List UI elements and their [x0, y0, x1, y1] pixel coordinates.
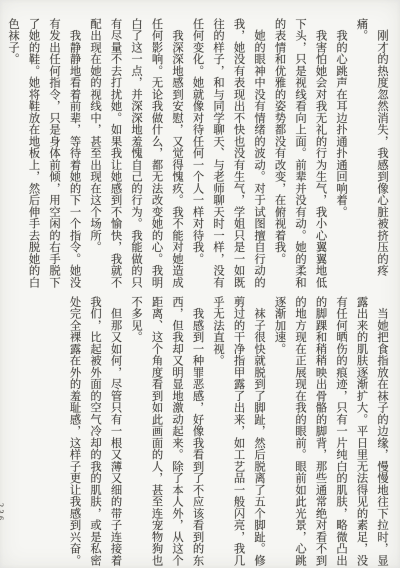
text-column: 下头，只是视线看向上面。前辈并没有动。她的柔和: [290, 18, 311, 290]
text-column: 往的样子，和与同学聊天、与老师聊天时一样，没有: [208, 18, 229, 290]
text-column: 刚才的热度忽然消失，我感到像心脏被挤压的疼痛。: [351, 18, 392, 290]
text-column: 当她把食指放在袜子的边缘，慢慢地往下拉时，显: [372, 296, 393, 568]
text-column: 我，她没有表现出不快也没有生气，学姐只是一如既: [228, 18, 249, 290]
text-column: 乎无法直视。: [208, 296, 229, 568]
text-column: 的表情和优雅的姿势都没有改变，在俯视着我。: [269, 18, 290, 290]
text-column: 她的眼神中没有情绪的波动。对于试图擅自行动的: [249, 18, 270, 290]
text-column: 距离、这个角度看到如此画面的人，甚至连宠物狗也: [146, 296, 167, 568]
text-column: 剪过的干净指甲露了出来，如工艺品一般闪亮，我几: [228, 296, 249, 568]
text-column: 白了这一点，并深深地羞愧自己的行为。我能做的只: [126, 18, 147, 290]
text-column: 我深深地感到安慰，又觉得愧疚。我不能对她造成: [167, 18, 188, 290]
text-column: 处完全裸露在外的羞耻感，这样子更让我感到兴奋。: [64, 296, 85, 568]
text-column: 我的心跳声在耳边扑通扑通回响着。: [331, 18, 352, 290]
book-page: 刚才的热度忽然消失，我感到像心脏被挤压的疼痛。 我的心跳声在耳边扑通扑通回响着。…: [0, 0, 400, 568]
page-number: 236: [0, 503, 5, 523]
text-column: 了她的鞋。她将鞋放在地板上，然后伸手去脱她的白: [23, 18, 44, 290]
text-column: 我感到一种罪恶感，好像我看到了不应该看到的东: [187, 296, 208, 568]
text-column: 但那又如何，尽管只有一根又薄又细的带子连接着: [105, 296, 126, 568]
text-column: 任何影响。无论我做什么，都无法改变她的心。我明: [146, 18, 167, 290]
text-column: 逐渐加速。: [269, 296, 290, 568]
text-column: 有尽量不去打扰她。如果我让她感到不愉快，我就不: [105, 18, 126, 290]
text-block-top: 刚才的热度忽然消失，我感到像心脏被挤压的疼痛。 我的心跳声在耳边扑通扑通回响着。…: [3, 18, 393, 290]
text-column: 我们，比起被外面的空气冷却的我的肌肤，或是私密: [85, 296, 106, 568]
text-column: 色袜子。: [3, 18, 24, 290]
text-column: 我静静地看着前辈，等待着她的下一个指令。她没: [64, 18, 85, 290]
text-column: 任何变化。她就像对待任何一个人一样对待我。: [187, 18, 208, 290]
text-column: 有任何晒伤的痕迹，只有一片纯白的肌肤，略微凸出: [331, 296, 352, 568]
text-column: 露出来的肌肤逐渐扩大。平日里无法得见的素足，没: [351, 296, 372, 568]
text-column: 的脚踝和稍稍映出骨骼的脚背，那些通常绝对看不到: [310, 296, 331, 568]
text-block-bottom: 当她把食指放在袜子的边缘，慢慢地往下拉时，显露出来的肌肤逐渐扩大。平日里无法得见…: [64, 296, 392, 568]
text-column: 有发出任何指令，只是身体前倾，用空闲的右手脱下: [44, 18, 65, 290]
text-column: 的地方现在正展现在我的眼前。眼前如此光景，心跳: [290, 296, 311, 568]
text-column: 我害怕她会对我无礼的行为生气，我小心翼翼地低: [310, 18, 331, 290]
text-column: 西，但我却又明显地激动起来。除了本人外，从这个: [167, 296, 188, 568]
text-column: 袜子很快就脱到了脚趾，然后脱离了五个脚趾。修: [249, 296, 270, 568]
text-column: 配出现在她的视线中，甚至出现在这个场所。: [85, 18, 106, 290]
text-column: 不多见。: [126, 296, 147, 568]
